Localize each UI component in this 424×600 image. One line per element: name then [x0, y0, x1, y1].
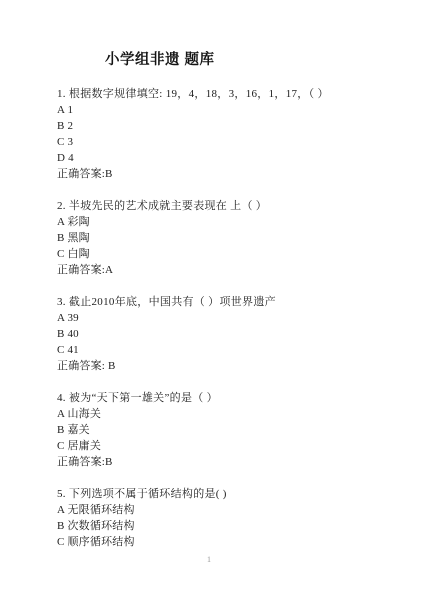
question-block-3: 3. 截止2010年底，中国共有（ ）项世界遗产 A 39 B 40 C 41 …: [57, 294, 390, 374]
answer-text: 正确答案:A: [57, 262, 390, 278]
option: A 39: [57, 310, 390, 326]
answer-text: 正确答案:B: [57, 454, 390, 470]
option: A 无限循环结构: [57, 502, 390, 518]
option: C 顺序循环结构: [57, 534, 390, 550]
question-block-4: 4. 被为“天下第一雄关”的是（ ） A 山海关 B 嘉关 C 居庸关 正确答案…: [57, 390, 390, 470]
question-block-5: 5. 下列选项不属于循环结构的是( ) A 无限循环结构 B 次数循环结构 C …: [57, 486, 390, 550]
option: B 次数循环结构: [57, 518, 390, 534]
answer-text: 正确答案: B: [57, 358, 390, 374]
option: B 40: [57, 326, 390, 342]
document-content: 小学组非遗 题库 1. 根据数字规律填空: 19，4，18，3，16，1，17，…: [57, 48, 390, 566]
question-block-2: 2. 半坡先民的艺术成就主要表现在 上（ ） A 彩陶 B 黑陶 C 白陶 正确…: [57, 198, 390, 278]
option: C 居庸关: [57, 438, 390, 454]
question-text: 1. 根据数字规律填空: 19，4，18，3，16，1，17，（ ）: [57, 86, 390, 102]
document-title: 小学组非遗 题库: [105, 48, 390, 69]
option: B 2: [57, 118, 390, 134]
option: B 嘉关: [57, 422, 390, 438]
page-number: 1: [0, 555, 418, 564]
option: C 3: [57, 134, 390, 150]
option: C 41: [57, 342, 390, 358]
answer-text: 正确答案:B: [57, 166, 390, 182]
question-text: 4. 被为“天下第一雄关”的是（ ）: [57, 390, 390, 406]
question-text: 2. 半坡先民的艺术成就主要表现在 上（ ）: [57, 198, 390, 214]
option: B 黑陶: [57, 230, 390, 246]
option: A 1: [57, 102, 390, 118]
document-page: 小学组非遗 题库 1. 根据数字规律填空: 19，4，18，3，16，1，17，…: [0, 0, 424, 600]
option: A 山海关: [57, 406, 390, 422]
option: A 彩陶: [57, 214, 390, 230]
option: D 4: [57, 150, 390, 166]
option: C 白陶: [57, 246, 390, 262]
question-block-1: 1. 根据数字规律填空: 19，4，18，3，16，1，17，（ ） A 1 B…: [57, 86, 390, 182]
question-text: 5. 下列选项不属于循环结构的是( ): [57, 486, 390, 502]
question-text: 3. 截止2010年底，中国共有（ ）项世界遗产: [57, 294, 390, 310]
